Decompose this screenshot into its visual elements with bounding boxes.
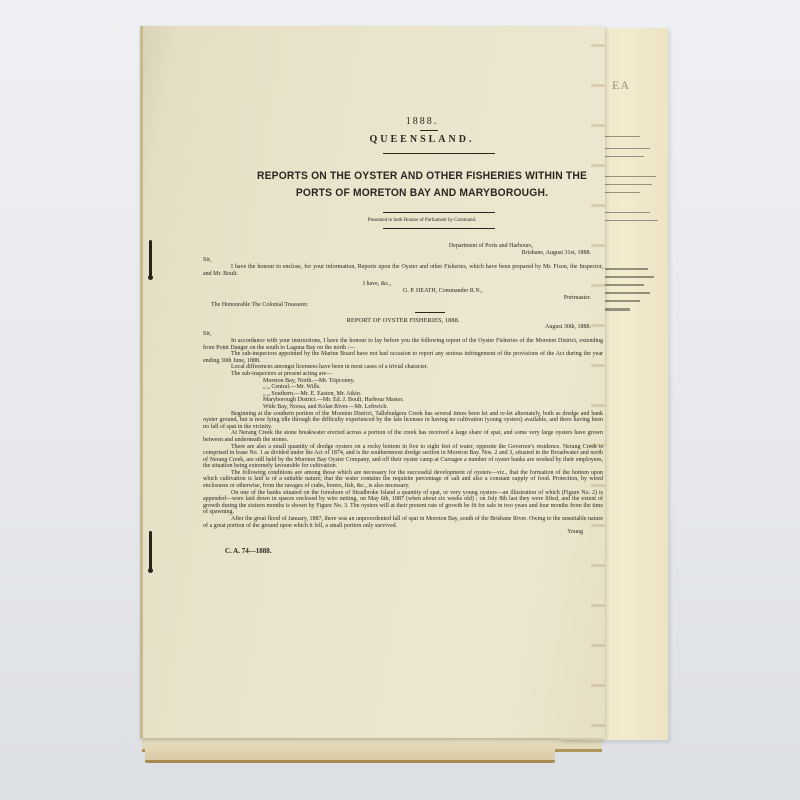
letter-department: Department of Ports and Harbours,	[203, 243, 603, 250]
binding-stitch	[149, 531, 152, 571]
document-code: C. A. 74—1888.	[225, 547, 603, 555]
document-page: 1888. QUEENSLAND. REPORTS ON THE OYSTER …	[140, 26, 605, 738]
divider	[415, 312, 445, 313]
background-page-text: EA	[612, 78, 630, 93]
report-paragraph: After the great flood of January, 1887, …	[203, 516, 603, 529]
report-paragraph: There are also a small quantity of dredg…	[203, 444, 603, 470]
report-paragraph: At Nerang Creek the stone breakwater ere…	[203, 430, 603, 443]
divider	[420, 130, 438, 131]
report-paragraph: On one of the banks situated on the fore…	[203, 490, 603, 516]
divider	[383, 153, 495, 154]
page-stack-edge-lower	[145, 740, 555, 763]
report-salutation: Sir,	[203, 331, 603, 338]
inspector-item: „ „ Southern.—Mr. E. Easton, Mr. Atkin.	[263, 391, 603, 398]
report-date: August 30th, 1888.	[203, 324, 603, 331]
presented-note: Presented to both Houses of Parliament b…	[241, 218, 603, 223]
inspector-item: „ „ Central.—Mr. Wills.	[263, 384, 603, 391]
report-paragraph: In accordance with your instructions, I …	[203, 338, 603, 351]
report-title: REPORT OF OYSTER FISHERIES, 1888.	[203, 317, 603, 324]
engraving-illustration	[600, 128, 666, 328]
report-paragraph: The sub-inspectors at present acting are…	[203, 371, 603, 378]
letter-body: I have the honour to enclose, for your i…	[203, 264, 603, 278]
letter-place-date: Brisbane, August 31st, 1888.	[203, 250, 603, 257]
binding-stitch	[149, 240, 152, 278]
letter-signatory-title: Portmaster.	[203, 295, 603, 302]
cover-letter: Department of Ports and Harbours, Brisba…	[203, 243, 603, 309]
divider	[383, 212, 495, 213]
letter-salutation: Sir,	[203, 257, 603, 264]
catchword: Young	[567, 529, 583, 535]
report-paragraph: Beginning at the southern portion of the…	[203, 411, 603, 431]
report-paragraph: Local differences amongst licensees have…	[203, 364, 603, 371]
report-paragraph: The sub-inspectors appointed by the Mari…	[203, 351, 603, 364]
document-state: QUEENSLAND.	[241, 134, 603, 145]
inspector-item: Moreton Bay, North.—Mr. Tripconny.	[263, 378, 603, 385]
divider	[383, 228, 495, 229]
inspector-list: Moreton Bay, North.—Mr. Tripconny. „ „ C…	[263, 378, 603, 411]
inspector-item: Maryborough District.—Mr. Ed. J. Boult, …	[263, 397, 603, 404]
letter-closing: I have, &c.,	[363, 281, 603, 288]
report-paragraph: The following conditions are among those…	[203, 470, 603, 490]
document-title-line1: REPORTS ON THE OYSTER AND OTHER FISHERIE…	[255, 168, 588, 185]
document-title-line2: PORTS OF MORETON BAY AND MARYBOROUGH.	[255, 185, 588, 202]
document-content: 1888. QUEENSLAND. REPORTS ON THE OYSTER …	[203, 116, 603, 555]
letter-addressee: The Honourable The Colonial Treasurer.	[211, 302, 603, 309]
document-year: 1888.	[241, 116, 603, 127]
letter-signatory: G. P. HEATH, Commander R.N.,	[403, 288, 603, 295]
inspector-item: Wide Bay, Noosa, and Kolan River.—Mr. Le…	[263, 404, 603, 411]
